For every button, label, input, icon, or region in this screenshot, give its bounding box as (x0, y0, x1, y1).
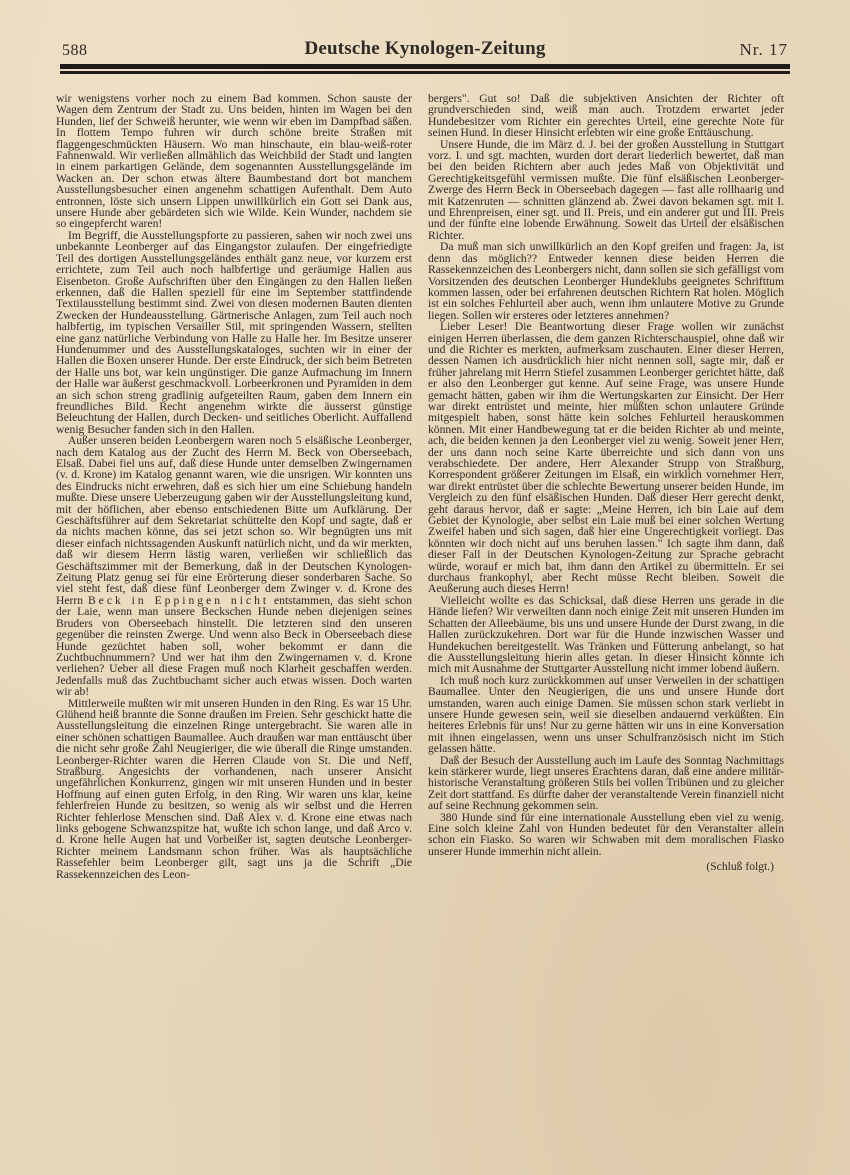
paragraph: Daß der Besuch der Ausstellung auch im L… (428, 755, 784, 812)
paragraph: Lieber Leser! Die Beantwortung dieser Fr… (428, 321, 784, 595)
paragraph: Außer unseren beiden Leonbergern waren n… (56, 435, 412, 697)
paragraph: Mittlerweile mußten wir mit unseren Hund… (56, 698, 412, 881)
right-column: bergers". Gut so! Daß die subjektiven An… (428, 93, 784, 873)
left-column: wir wenigstens vorher noch zu einem Bad … (56, 93, 412, 880)
paragraph: Vielleicht wollte es das Schicksal, daß … (428, 595, 784, 675)
paragraph: 380 Hunde sind für eine internationale A… (428, 812, 784, 858)
paragraph: Im Begriff, die Ausstellungspforte zu pa… (56, 230, 412, 435)
paragraph: bergers". Gut so! Daß die subjektiven An… (428, 93, 784, 139)
newspaper-page: 588 Deutsche Kynologen-Zeitung Nr. 17 wi… (0, 0, 850, 1175)
paragraph: Unsere Hunde, die im März d. J. bei der … (428, 139, 784, 242)
continuation-note: (Schluß folgt.) (428, 861, 784, 872)
header-rule-thin (60, 71, 790, 74)
paragraph: Ich muß noch kurz zurückkommen auf unser… (428, 675, 784, 755)
journal-title: Deutsche Kynologen-Zeitung (60, 38, 790, 60)
paragraph: wir wenigstens vorher noch zu einem Bad … (56, 93, 412, 230)
paragraph: Da muß man sich unwillkürlich an den Kop… (428, 241, 784, 321)
paragraph-text: entstammen, das sieht schon der Laie, we… (56, 594, 412, 698)
header-rule-thick (60, 64, 790, 69)
paragraph-text: Außer unseren beiden Leonbergern waren n… (56, 434, 412, 607)
issue-number: Nr. 17 (740, 40, 789, 60)
